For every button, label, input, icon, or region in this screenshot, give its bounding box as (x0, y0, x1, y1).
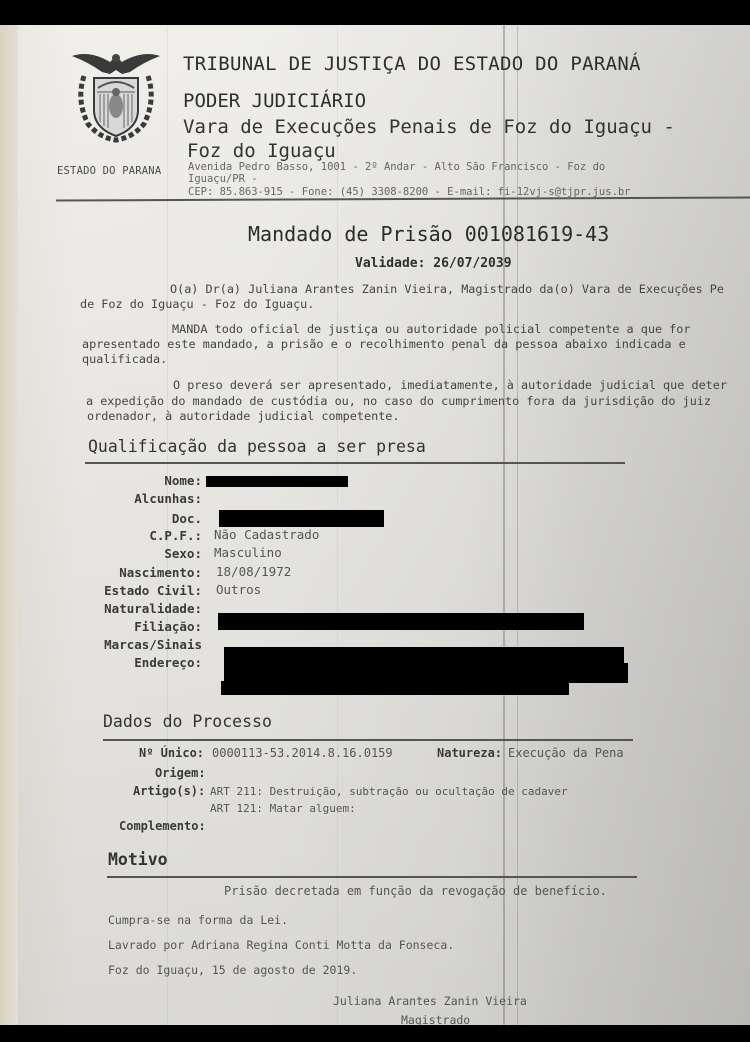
field-label-birth: Nascimento: (2, 565, 202, 580)
fold-crease (503, 25, 505, 1025)
section-title-person: Qualificação da pessoa a ser presa (88, 437, 426, 456)
address-line: Iguaçu/PR - (188, 173, 258, 185)
field-value-cpf: Não Cadastrado (214, 527, 319, 542)
origin-label: Origem: (155, 766, 206, 780)
field-label-cpf: C.P.F.: (2, 528, 202, 543)
state-label: ESTADO DO PARANA (57, 165, 161, 177)
redacted-address (221, 681, 569, 695)
paragraph-line: MANDA todo oficial de justiça ou autorid… (172, 322, 690, 337)
paragraph-line: O preso deverá ser apresentado, imediata… (173, 378, 727, 393)
division-name: Vara de Execuções Penais de Foz do Iguaç… (183, 116, 675, 138)
paragraph-line: ordenador, à autoridade judicial compete… (87, 409, 400, 424)
nature-label: Natureza: (437, 746, 502, 760)
section-title-reason: Motivo (108, 850, 168, 869)
section-divider (107, 876, 637, 878)
validity-date: Validade: 26/07/2039 (355, 256, 512, 271)
section-divider (85, 462, 625, 464)
process-number-label: Nº Único: (139, 746, 204, 760)
field-label-aliases: Alcunhas: (2, 491, 202, 506)
field-label-address: Endereço: (2, 655, 202, 670)
section-divider (103, 739, 633, 741)
redacted-name (206, 476, 348, 487)
contact-line: CEP: 85.863-915 - Fone: (45) 3308-8200 -… (188, 186, 631, 198)
field-label-name: Nome: (2, 473, 202, 488)
header-divider (56, 196, 750, 201)
field-label-doc: Doc. (2, 511, 202, 526)
signer-name: Juliana Arantes Zanin Vieira (333, 994, 527, 1008)
field-label-marital-status: Estado Civil: (2, 583, 202, 598)
redacted-doc (219, 510, 384, 527)
document-photo: ESTADO DO PARANA TRIBUNAL DE JUSTIÇA DO … (0, 25, 750, 1025)
field-value-birth: 18/08/1972 (216, 564, 291, 579)
branch-name: PODER JUDICIÁRIO (183, 90, 366, 112)
article-item: ART 211: Destruição, subtração ou oculta… (210, 785, 568, 798)
court-name: TRIBUNAL DE JUSTIÇA DO ESTADO DO PARANÁ (183, 53, 641, 75)
fold-crease (517, 25, 518, 1025)
paragraph-line: apresentado este mandado, a prisão e o r… (82, 337, 686, 352)
paragraph-line: de Foz do Iguaçu - Foz do Iguaçu. (80, 297, 314, 312)
field-value-sex: Masculino (214, 545, 282, 560)
field-label-sex: Sexo: (2, 546, 202, 561)
field-label-birthplace: Naturalidade: (2, 601, 202, 616)
parana-coat-of-arms-icon (70, 48, 162, 143)
field-label-marks: Marcas/Sinais (2, 637, 202, 652)
signer-role: Magistrado (401, 1013, 470, 1025)
paragraph-line: O(a) Dr(a) Juliana Arantes Zanin Vieira,… (170, 282, 724, 297)
complement-label: Complemento: (119, 819, 206, 833)
field-label-parents: Filiação: (2, 619, 202, 634)
address-line: Avenida Pedro Basso, 1001 - 2º Andar - A… (188, 161, 605, 173)
paragraph-line: qualificada. (82, 352, 167, 367)
article-item: ART 121: Matar alguem: (210, 802, 356, 815)
document-title: Mandado de Prisão 001081619-43 (248, 222, 609, 246)
process-number-value: 0000113-53.2014.8.16.0159 (212, 746, 393, 760)
redacted-address (224, 663, 628, 683)
paragraph-line: a expedição do mandado de custódia ou, n… (86, 394, 711, 409)
redacted-parents (218, 613, 584, 630)
place-date: Foz do Iguaçu, 15 de agosto de 2019. (108, 963, 357, 977)
nature-value: Execução da Pena (508, 746, 624, 760)
field-value-marital-status: Outros (216, 582, 261, 597)
drafted-by: Lavrado por Adriana Regina Conti Motta d… (108, 938, 454, 952)
section-title-process: Dados do Processo (103, 712, 272, 731)
reason-text: Prisão decretada em função da revogação … (224, 884, 607, 898)
closing-line: Cumpra-se na forma da Lei. (108, 913, 288, 927)
division-city: Foz do Iguaçu (187, 140, 336, 162)
articles-label: Artigo(s): (133, 784, 205, 798)
